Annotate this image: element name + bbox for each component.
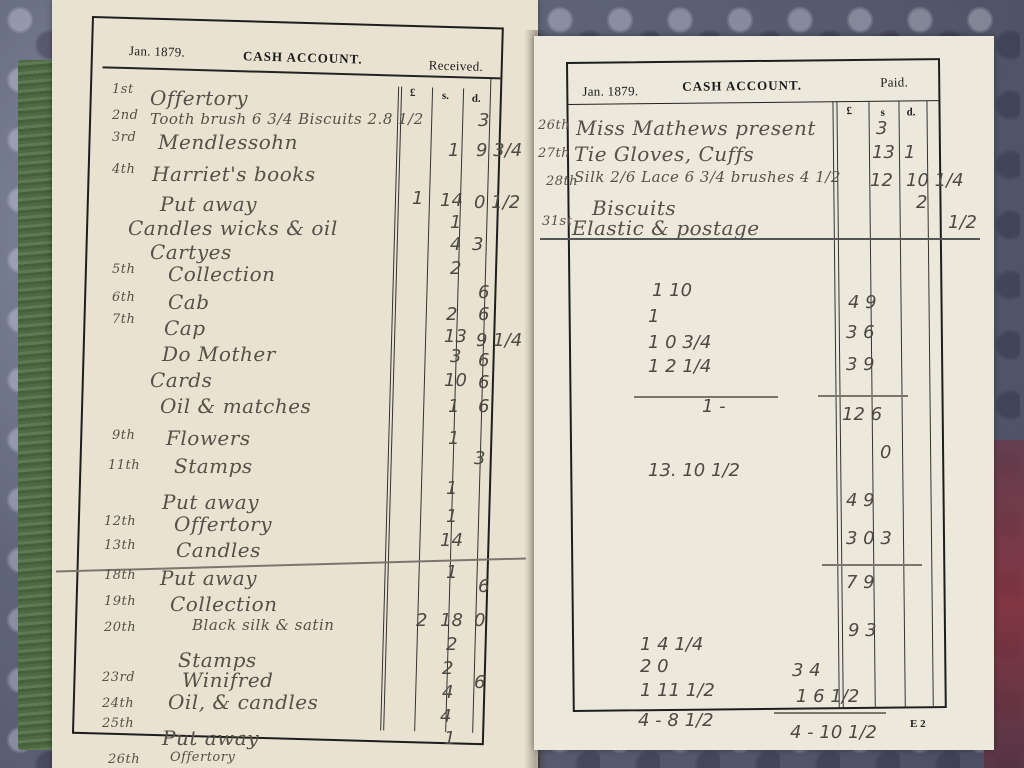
entry-item: Do Mother	[162, 342, 276, 366]
calc-right: 4 9	[846, 490, 875, 511]
entry-pence: 6	[478, 576, 489, 597]
calc-bottom-right: 4 - 10 1/2	[790, 722, 877, 743]
right-col-pounds: £	[846, 105, 852, 117]
entry-shillings: 4	[440, 706, 451, 727]
pencil-total-line	[540, 238, 980, 240]
left-side-label: Received.	[429, 57, 484, 75]
entry-item: Oil & matches	[160, 394, 311, 418]
calc-line: 1 0 3/4	[648, 332, 711, 353]
entry-shillings: 13	[444, 326, 467, 347]
entry-pence: 6	[478, 282, 489, 303]
entry-day: 9th	[112, 428, 135, 443]
entry-item: Harriet's books	[152, 162, 316, 186]
right-date-header: Jan. 1879.	[582, 83, 638, 100]
calc-bottom-left: 4 - 8 1/2	[638, 710, 714, 731]
entry-shillings: 14	[440, 530, 463, 551]
entry-pence: 1	[904, 142, 915, 163]
right-pence-divider	[898, 101, 905, 707]
calc-right: 0	[880, 442, 891, 463]
entry-item: Put away	[162, 490, 259, 514]
entry-pence: 3	[474, 448, 485, 469]
left-page-title: CASH ACCOUNT.	[243, 48, 363, 67]
entry-shillings: 1	[448, 140, 459, 161]
entry-pence: 10 1/4	[906, 170, 964, 191]
entry-pence: 9 1/4	[476, 330, 522, 351]
entry-item: Tie Gloves, Cuffs	[574, 142, 754, 166]
entry-pence: 9 3/4	[476, 140, 522, 161]
right-col-pence: d.	[906, 106, 915, 118]
entry-shillings: 13	[872, 142, 895, 163]
calc-line: 1	[648, 306, 659, 327]
entry-pounds: 2	[416, 610, 427, 631]
entry-item: Cards	[150, 368, 212, 392]
calc-right: 3 9	[846, 354, 875, 375]
left-col-pence: d.	[472, 93, 481, 105]
calc-bottom-left: 1 11 1/2	[640, 680, 715, 701]
entry-item: Winifred	[182, 668, 273, 692]
calc-rule	[818, 395, 908, 397]
entry-item: Oil, & candles	[168, 690, 318, 714]
entry-item: Put away	[160, 192, 257, 216]
calc-right: 4 9	[848, 292, 877, 313]
entry-day: 23rd	[102, 670, 135, 685]
entry-item: Put away	[160, 566, 257, 590]
entry-shillings: 1	[450, 212, 461, 233]
calc-right: 12 6	[842, 404, 882, 425]
calc-bottom-right: 3 4	[792, 660, 821, 681]
calc-bottom-left: 1 4 1/4	[640, 634, 703, 655]
page-mark: E 2	[910, 718, 926, 730]
left-col-shillings: s.	[442, 90, 449, 102]
entry-day: 5th	[112, 262, 135, 277]
entry-shillings: 2	[450, 258, 461, 279]
calc-rule	[822, 564, 922, 566]
entry-day: 13th	[104, 538, 136, 553]
entry-day: 26th	[538, 118, 570, 133]
entry-item: Collection	[168, 262, 276, 286]
entry-item: Mendlessohn	[158, 130, 298, 154]
entry-item: Candles wicks & oil	[128, 216, 338, 240]
entry-day: 20th	[104, 620, 136, 635]
entry-item: Flowers	[166, 426, 251, 450]
entry-pence: 0 1/2	[474, 192, 520, 213]
entry-item: Tooth brush 6 3/4 Biscuits 2.8 1/2	[150, 110, 424, 128]
entry-shillings: 4	[442, 682, 453, 703]
entry-shillings: 1	[446, 506, 457, 527]
entry-shillings: 1	[446, 562, 457, 583]
calc-right: 7 9	[846, 572, 875, 593]
entry-item: Offertory	[174, 512, 272, 536]
entry-shillings: 4	[450, 234, 461, 255]
entry-pence: 6	[478, 372, 489, 393]
calc-note: 13. 10 1/2	[648, 460, 740, 481]
entry-item: Collection	[170, 592, 278, 616]
entry-day: 2nd	[112, 108, 138, 123]
entry-day: 18th	[104, 568, 136, 583]
entry-pence: 3	[478, 110, 489, 131]
right-header-rule	[568, 100, 938, 105]
left-pounds-divider	[380, 87, 399, 731]
entry-shillings: 18	[440, 610, 463, 631]
entry-day: 27th	[538, 146, 570, 161]
left-pounds-divider-2	[383, 87, 402, 731]
entry-pence: 3	[472, 234, 483, 255]
entry-shillings: 3	[450, 346, 461, 367]
entry-pence: 6	[474, 672, 485, 693]
right-side-label: Paid.	[880, 74, 908, 90]
entry-day: 12th	[104, 514, 136, 529]
calc-bottom-right: 1 6 1/2	[796, 686, 859, 707]
entry-shillings: 2	[442, 658, 453, 679]
entry-shillings: 14	[440, 190, 463, 211]
calc-right: 9 3	[848, 620, 877, 641]
entry-day: 6th	[112, 290, 135, 305]
entry-shillings: 1	[446, 478, 457, 499]
entry-item: Miss Mathews present	[576, 116, 816, 140]
entry-item: Stamps	[174, 454, 253, 478]
entry-shillings: 1	[448, 428, 459, 449]
entry-shillings: 1	[448, 396, 459, 417]
calc-line: 1 10	[652, 280, 692, 301]
entry-day: 11th	[108, 458, 140, 473]
calc-line: 1 -	[702, 396, 726, 417]
entry-item: Silk 2/6 Lace 6 3/4 brushes 4 1/2	[574, 168, 841, 186]
entry-shillings: 2	[446, 304, 457, 325]
entry-pence: 0	[474, 610, 485, 631]
entry-day: 4th	[112, 162, 135, 177]
calc-rule	[774, 712, 886, 714]
entry-shillings: 1	[444, 728, 455, 749]
entry-item: Offertory	[150, 86, 248, 110]
entry-pence: 2	[916, 192, 927, 213]
entry-pence: 6	[478, 304, 489, 325]
entry-shillings: 3	[876, 118, 887, 139]
left-col-pounds: £	[410, 87, 416, 99]
entry-item: Put away	[162, 726, 259, 750]
entry-item: Elastic & postage	[572, 216, 760, 240]
entry-pence: 1/2	[948, 212, 977, 233]
right-page-title: CASH ACCOUNT.	[682, 78, 802, 95]
calc-right: 3 0 3	[846, 528, 892, 549]
entry-shillings: 10	[444, 370, 467, 391]
calc-right: 3 6	[846, 322, 875, 343]
entry-day: 3rd	[112, 130, 136, 145]
entry-pounds: 1	[412, 188, 423, 209]
entry-day: 31st	[542, 214, 572, 229]
entry-day: 24th	[102, 696, 134, 711]
entry-shillings: 12	[870, 170, 893, 191]
right-col-shillings: s	[880, 107, 884, 119]
entry-item: Offertory	[170, 750, 235, 765]
entry-pence: 6	[478, 350, 489, 371]
entry-shillings: 2	[446, 634, 457, 655]
calc-bottom-left: 2 0	[640, 656, 669, 677]
left-shillings-divider	[414, 88, 433, 732]
entry-day: 19th	[104, 594, 136, 609]
entry-item: Black silk & satin	[192, 616, 334, 634]
entry-day: 25th	[102, 716, 134, 731]
entry-day: 1st	[112, 82, 134, 97]
entry-item: Cartyes	[150, 240, 232, 264]
entry-item: Cab	[168, 290, 210, 314]
calc-line: 1 2 1/4	[648, 356, 711, 377]
entry-item: Cap	[164, 316, 206, 340]
entry-day: 26th	[108, 752, 140, 767]
entry-day: 7th	[112, 312, 135, 327]
left-date-header: Jan. 1879.	[129, 43, 186, 61]
right-inner-border	[926, 100, 933, 706]
entry-item: Candles	[176, 538, 261, 562]
entry-pence: 6	[478, 396, 489, 417]
